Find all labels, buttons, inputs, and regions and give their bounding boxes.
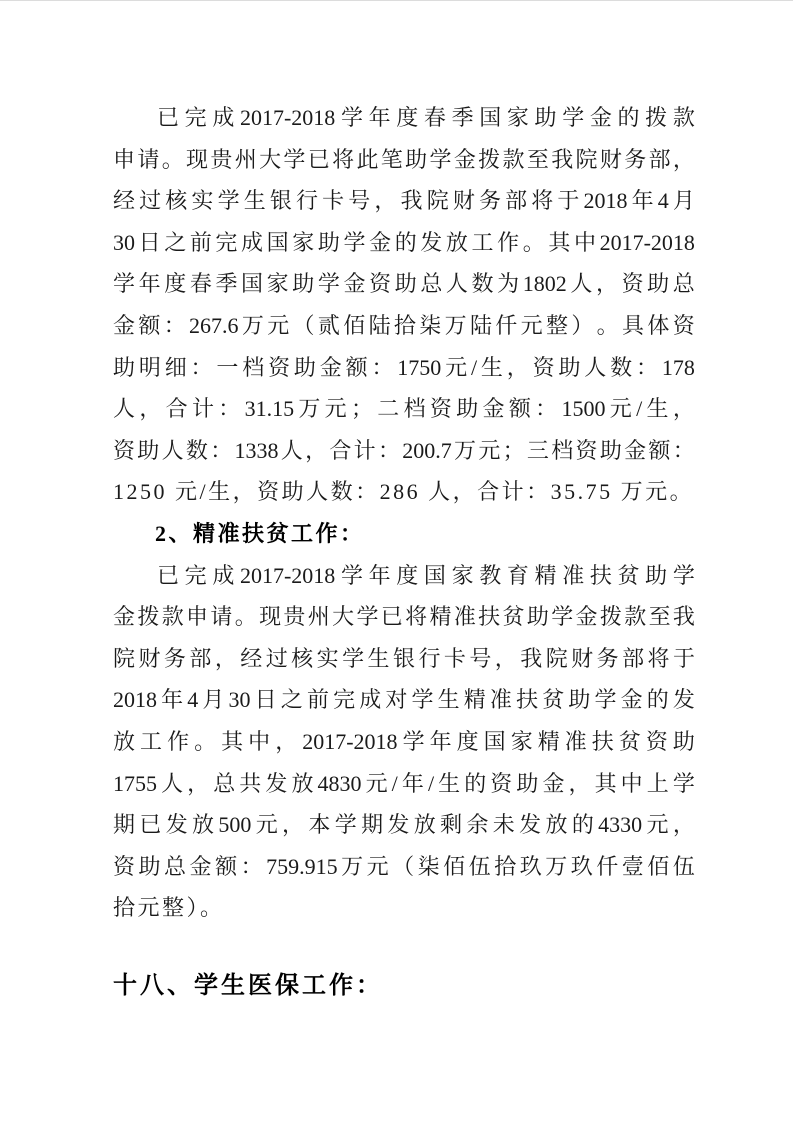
- text-token: 财: [453, 180, 475, 222]
- text-token: 柒: [419, 305, 441, 347]
- text-token: 款: [673, 97, 695, 139]
- text-token: 1755: [113, 763, 157, 805]
- text-token: 放: [446, 222, 468, 264]
- text-token: 30: [229, 679, 251, 721]
- text-token: 元: [325, 388, 347, 430]
- text-token: 人: [584, 347, 606, 389]
- text-token: 档: [404, 388, 426, 430]
- text-token: 2017-2018: [240, 555, 335, 597]
- document-line: 助明细：一档资助金额：1750元/生，资助人数：178: [113, 347, 695, 389]
- text-token: 额: [346, 347, 368, 389]
- text-token: 资: [646, 721, 668, 763]
- text-token: 1750: [397, 347, 441, 389]
- text-token: 家: [267, 263, 289, 305]
- text-token: 助: [139, 846, 161, 888]
- text-token: 资: [430, 388, 452, 430]
- document-line: 1250 元/生，资助人数：286 人，合计：35.75 万元。: [113, 471, 695, 513]
- text-token: 精: [429, 596, 451, 638]
- text-token: ，: [139, 388, 161, 430]
- text-token: 实: [191, 180, 213, 222]
- text-token: 核: [165, 180, 187, 222]
- text-token: ：: [371, 347, 393, 389]
- document-line: 已完成2017-2018学年度国家教育精准扶贫助学: [113, 555, 695, 597]
- text-token: ，: [507, 347, 529, 389]
- text-token: 学: [342, 638, 364, 680]
- text-token: 中: [248, 721, 270, 763]
- text-token: 助: [292, 263, 314, 305]
- document-page: 已完成2017-2018学年度春季国家助学金的拨款申请。现贵州大学已将此笔助学金…: [0, 0, 793, 1122]
- document-line: 资助人数：1338人，合计：200.7万元；三档资助金额：: [113, 430, 695, 472]
- text-token: 档: [242, 347, 264, 389]
- text-token: 放: [545, 804, 567, 846]
- text-token: 州: [308, 596, 330, 638]
- text-token: 放: [414, 804, 436, 846]
- paragraph: 已完成2017-2018学年度春季国家助学金的拨款申请。现贵州大学已将此笔助学金…: [113, 97, 695, 513]
- text-token: 合: [166, 388, 188, 430]
- text-token: 家: [292, 222, 314, 264]
- text-token: 剩: [440, 804, 462, 846]
- text-token: 笔: [381, 139, 403, 181]
- text-token: 人: [281, 430, 303, 472]
- text-token: 贵: [283, 596, 305, 638]
- text-token: 家: [507, 97, 529, 139]
- text-token: 放: [192, 804, 214, 846]
- text-token: ，: [305, 430, 327, 472]
- text-token: ：: [378, 430, 400, 472]
- text-token: 过: [139, 180, 161, 222]
- text-token: 经: [113, 180, 135, 222]
- subsection-heading: 2、精准扶贫工作：: [113, 513, 695, 555]
- text-token: 此: [356, 139, 378, 181]
- text-token: 作: [497, 222, 519, 264]
- text-token: 元: [521, 305, 543, 347]
- text-token: 。: [235, 596, 257, 638]
- text-token: 国: [479, 97, 501, 139]
- text-token: 资: [533, 347, 555, 389]
- text-token: 经: [240, 638, 262, 680]
- text-token: 本: [308, 804, 330, 846]
- text-token: 学: [562, 97, 584, 139]
- text-token: 共: [239, 763, 261, 805]
- text-token: 将: [648, 638, 670, 680]
- text-token: 助: [405, 139, 427, 181]
- text-token: 佰: [343, 305, 365, 347]
- text-token: 万: [341, 846, 363, 888]
- text-token: 学: [218, 180, 240, 222]
- text-token: 生: [438, 763, 460, 805]
- text-token: 学: [283, 139, 305, 181]
- text-token: 成: [359, 679, 381, 721]
- text-token: （: [392, 846, 414, 888]
- text-token: 资: [576, 430, 598, 472]
- text-token: 贫: [618, 555, 640, 597]
- text-token: 完: [185, 97, 207, 139]
- text-token: 学: [551, 596, 573, 638]
- text-token: 数: [610, 347, 632, 389]
- text-token: 精: [535, 555, 557, 597]
- text-token: 月: [673, 180, 695, 222]
- text-token: 国: [241, 263, 263, 305]
- text-token: 成: [241, 222, 263, 264]
- text-token: 年: [632, 180, 654, 222]
- text-token: 的: [572, 804, 594, 846]
- text-token: 工: [140, 721, 162, 763]
- text-token: 200.7: [402, 430, 452, 472]
- text-token: 已: [157, 97, 179, 139]
- text-token: 将: [332, 139, 354, 181]
- text-token: 准: [454, 596, 476, 638]
- text-token: 年: [139, 263, 161, 305]
- text-token: 发: [265, 763, 287, 805]
- text-token: 体: [647, 305, 669, 347]
- text-token: 伍: [673, 846, 695, 888]
- text-token: 款: [624, 596, 646, 638]
- text-token: 助: [516, 763, 538, 805]
- text-token: 贫: [503, 596, 525, 638]
- text-token: 学: [412, 679, 434, 721]
- text-token: 申: [113, 139, 135, 181]
- text-token: 部: [505, 180, 527, 222]
- text-token: 中: [574, 222, 596, 264]
- text-token: 2017-2018: [302, 721, 397, 763]
- text-token: 学: [594, 679, 616, 721]
- text-token: 已: [308, 139, 330, 181]
- text-token: 金: [320, 347, 342, 389]
- text-token: 元: [267, 305, 289, 347]
- text-token: 贵: [210, 139, 232, 181]
- text-token: 计: [354, 430, 376, 472]
- text-token: 年: [430, 721, 452, 763]
- text-token: 助: [456, 388, 478, 430]
- text-token: 。: [194, 721, 216, 763]
- text-token: 行: [296, 180, 318, 222]
- text-token: 学: [673, 763, 695, 805]
- text-token: ）: [571, 305, 593, 347]
- text-token: 玖: [571, 846, 593, 888]
- document-line: 学年度春季国家助学金资助总人数为1802人，资助总: [113, 263, 695, 305]
- text-token: 院: [427, 180, 449, 222]
- text-token: 助: [645, 555, 667, 597]
- text-token: 季: [452, 97, 474, 139]
- text-token: 贫: [619, 721, 641, 763]
- text-token: 中: [621, 763, 643, 805]
- text-token: 于: [557, 180, 579, 222]
- text-token: 仟: [596, 846, 618, 888]
- text-token: 万: [242, 305, 264, 347]
- text-token: ：: [673, 430, 695, 472]
- text-token: ，: [215, 638, 237, 680]
- text-token: 至: [649, 596, 671, 638]
- text-token: 将: [405, 596, 427, 638]
- page-top-edge: [0, 0, 793, 1]
- text-token: 三: [527, 430, 549, 472]
- text-token: 助: [673, 721, 695, 763]
- text-token: 现: [186, 139, 208, 181]
- text-token: 院: [576, 139, 598, 181]
- text-token: 完: [185, 555, 207, 597]
- text-token: 陆: [369, 305, 391, 347]
- text-token: 精: [538, 721, 560, 763]
- text-token: 学: [403, 721, 425, 763]
- text-token: 2018: [584, 180, 628, 222]
- text-token: （: [293, 305, 315, 347]
- text-token: 家: [511, 721, 533, 763]
- text-token: 陆: [470, 305, 492, 347]
- text-token: 生: [438, 679, 460, 721]
- text-token: 学: [356, 596, 378, 638]
- text-token: 学: [341, 555, 363, 597]
- text-token: 额: [509, 388, 531, 430]
- text-token: 。: [597, 305, 619, 347]
- text-token: 30: [113, 222, 135, 264]
- text-token: 款: [162, 596, 184, 638]
- text-token: 作: [167, 721, 189, 763]
- text-token: 金: [113, 596, 135, 638]
- text-token: /: [428, 763, 434, 805]
- text-token: 贰: [318, 305, 340, 347]
- text-token: 拾: [394, 305, 416, 347]
- text-token: ，: [495, 638, 517, 680]
- document-line: 经过核实学生银行卡号，我院财务部将于2018年4月: [113, 180, 695, 222]
- text-token: 学: [335, 804, 357, 846]
- text-token: 期: [361, 804, 383, 846]
- text-token: 资: [268, 347, 290, 389]
- text-token: 卡: [444, 638, 466, 680]
- text-token: 4330: [598, 804, 642, 846]
- text-token: 金: [542, 763, 564, 805]
- text-token: ：: [535, 388, 557, 430]
- text-token: 学: [343, 222, 365, 264]
- text-token: 178: [662, 347, 695, 389]
- text-token: 部: [649, 139, 671, 181]
- text-token: 金: [343, 263, 365, 305]
- text-token: 助: [294, 347, 316, 389]
- text-token: 国: [267, 222, 289, 264]
- document-line: 30日之前完成国家助学金的发放工作。其中2017-2018: [113, 222, 695, 264]
- text-token: 整: [546, 305, 568, 347]
- text-token: 成: [212, 555, 234, 597]
- text-token: 上: [647, 763, 669, 805]
- text-token: 计: [192, 388, 214, 430]
- text-token: 部: [622, 638, 644, 680]
- text-token: 助: [318, 222, 340, 264]
- text-token: 2018: [113, 679, 157, 721]
- text-token: 。: [523, 222, 545, 264]
- text-token: 资: [622, 263, 644, 305]
- text-token: 州: [235, 139, 257, 181]
- text-token: 之: [164, 222, 186, 264]
- text-token: 4830: [318, 763, 362, 805]
- text-token: 务: [164, 638, 186, 680]
- text-token: 前: [307, 679, 329, 721]
- text-token: ；: [503, 430, 525, 472]
- text-token: ，: [187, 763, 209, 805]
- text-token: 总: [213, 763, 235, 805]
- text-token: 生: [481, 347, 503, 389]
- text-token: 佰: [443, 846, 465, 888]
- text-token: 院: [546, 638, 568, 680]
- text-token: 院: [113, 638, 135, 680]
- text-token: ，: [673, 804, 695, 846]
- text-token: 助: [395, 263, 417, 305]
- text-token: 育: [507, 555, 529, 597]
- text-token: 季: [215, 263, 237, 305]
- text-token: 日: [139, 222, 161, 264]
- text-token: 总: [164, 846, 186, 888]
- text-token: 扶: [590, 555, 612, 597]
- text-token: 度: [396, 97, 418, 139]
- text-token: 我: [520, 638, 542, 680]
- text-token: 额: [648, 430, 670, 472]
- text-token: 一: [216, 347, 238, 389]
- text-token: 成: [212, 97, 234, 139]
- text-token: 人: [161, 763, 183, 805]
- text-token: 精: [464, 679, 486, 721]
- text-token: 柒: [418, 846, 440, 888]
- document-line: 资助总金额：759.915万元（柒佰伍拾玖万玖仟壹佰伍: [113, 846, 695, 888]
- text-token: 金: [483, 388, 505, 430]
- text-token: 金: [369, 222, 391, 264]
- text-token: 助: [113, 347, 135, 389]
- text-token: 生: [647, 388, 669, 430]
- text-token: 合: [329, 430, 351, 472]
- text-token: /: [636, 388, 642, 430]
- text-token: 资: [369, 263, 391, 305]
- text-token: 月: [202, 679, 224, 721]
- text-token: 资: [113, 846, 135, 888]
- text-token: 国: [484, 721, 506, 763]
- text-token: 助: [647, 263, 669, 305]
- text-token: 1802: [523, 263, 567, 305]
- document-line: 1755人，总共发放4830元/年/生的资助金，其中上学: [113, 763, 695, 805]
- text-token: 扶: [516, 679, 538, 721]
- text-token: 拾: [494, 846, 516, 888]
- text-token: 春: [424, 97, 446, 139]
- section-heading: 十八、学生医保工作：: [113, 965, 695, 1007]
- document-line: 放工作。其中，2017-2018学年度国家精准扶贫资助: [113, 721, 695, 763]
- text-token: 学: [113, 263, 135, 305]
- text-token: 发: [519, 804, 541, 846]
- text-token: 二: [377, 388, 399, 430]
- text-token: 请: [210, 596, 232, 638]
- text-token: 年: [402, 763, 424, 805]
- text-token: 元: [478, 430, 500, 472]
- text-token: 于: [673, 638, 695, 680]
- text-token: 其: [548, 222, 570, 264]
- text-token: 发: [166, 804, 188, 846]
- text-token: 玖: [520, 846, 542, 888]
- document-line: 金拨款申请。现贵州大学已将精准扶贫助学金拨款至我: [113, 596, 695, 638]
- text-token: 行: [418, 638, 440, 680]
- text-token: 500: [218, 804, 251, 846]
- text-token: 壹: [622, 846, 644, 888]
- text-token: 其: [595, 763, 617, 805]
- text-token: 我: [401, 180, 423, 222]
- document-line: 申请。现贵州大学已将此笔助学金拨款至我院财务部，: [113, 139, 695, 181]
- text-token: 学: [341, 97, 363, 139]
- text-token: 款: [503, 139, 525, 181]
- text-token: 佰: [647, 846, 669, 888]
- text-token: 学: [318, 263, 340, 305]
- document-line: 人，合计：31.15万元；二档资助金额：1500元/生，: [113, 388, 695, 430]
- text-token: 完: [333, 679, 355, 721]
- document-line: 拾元整）。: [113, 887, 695, 929]
- text-token: 1338: [234, 430, 278, 472]
- text-token: 号: [348, 180, 370, 222]
- text-token: 的: [395, 222, 417, 264]
- text-token: 教: [479, 555, 501, 597]
- text-token: 助: [137, 430, 159, 472]
- text-token: 对: [385, 679, 407, 721]
- text-token: 扶: [478, 596, 500, 638]
- text-token: 明: [139, 347, 161, 389]
- text-token: 务: [479, 180, 501, 222]
- text-token: 我: [551, 139, 573, 181]
- text-token: 2017-2018: [240, 97, 335, 139]
- text-token: 将: [531, 180, 553, 222]
- text-token: 元: [256, 804, 278, 846]
- text-token: ：: [191, 347, 213, 389]
- text-token: 财: [138, 638, 160, 680]
- text-token: 金: [590, 97, 612, 139]
- text-token: 贫: [542, 679, 564, 721]
- text-token: 人: [570, 263, 592, 305]
- text-token: 元: [445, 347, 467, 389]
- text-token: 现: [259, 596, 281, 638]
- text-token: 4: [187, 679, 198, 721]
- document-line: 2018年4月30日之前完成对学生精准扶贫助学金的发: [113, 679, 695, 721]
- text-token: 759.915: [266, 846, 338, 888]
- text-token: 额: [215, 846, 237, 888]
- text-token: 度: [396, 555, 418, 597]
- text-token: 号: [469, 638, 491, 680]
- text-token: 总: [673, 263, 695, 305]
- text-token: 实: [317, 638, 339, 680]
- text-token: 金: [576, 596, 598, 638]
- text-token: 资: [113, 430, 135, 472]
- text-token: 助: [558, 347, 580, 389]
- text-token: 年: [161, 679, 183, 721]
- text-token: 额: [138, 305, 160, 347]
- text-token: 度: [164, 263, 186, 305]
- text-token: 财: [600, 139, 622, 181]
- text-token: ，: [673, 388, 695, 430]
- text-token: 国: [424, 555, 446, 597]
- text-token: 准: [565, 721, 587, 763]
- text-token: 为: [497, 263, 519, 305]
- text-token: 银: [393, 638, 415, 680]
- text-token: 助: [600, 430, 622, 472]
- text-token: 拨: [137, 596, 159, 638]
- text-token: 务: [624, 139, 646, 181]
- text-token: 期: [113, 804, 135, 846]
- text-token: ：: [636, 347, 658, 389]
- text-token: 数: [472, 263, 494, 305]
- text-token: ，: [596, 263, 618, 305]
- text-token: 工: [472, 222, 494, 264]
- text-token: 拨: [600, 596, 622, 638]
- text-token: 日: [255, 679, 277, 721]
- text-token: 卡: [322, 180, 344, 222]
- text-token: 部: [189, 638, 211, 680]
- text-token: 金: [621, 679, 643, 721]
- text-token: 余: [466, 804, 488, 846]
- text-token: 银: [270, 180, 292, 222]
- text-token: ：: [218, 388, 240, 430]
- text-token: ：: [210, 430, 232, 472]
- text-token: 春: [190, 263, 212, 305]
- text-token: 万: [545, 846, 567, 888]
